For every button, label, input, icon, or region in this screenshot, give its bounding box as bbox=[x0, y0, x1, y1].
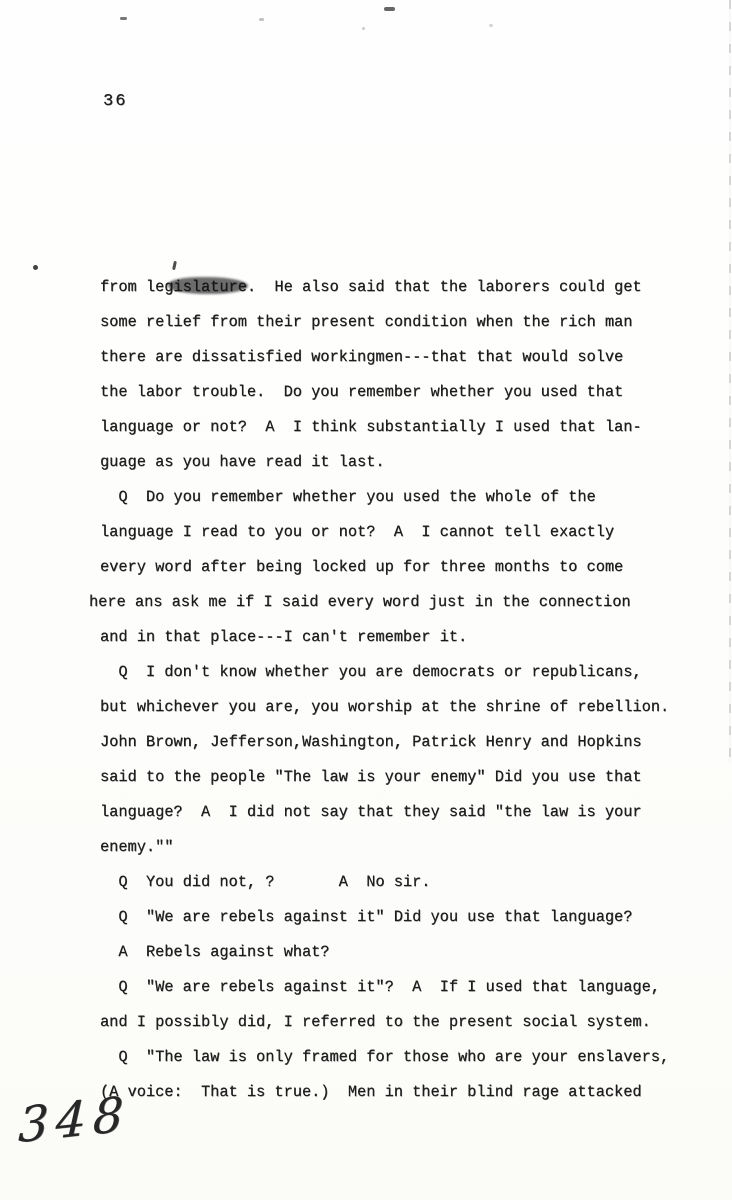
text-line: language or not? A I think substantially… bbox=[100, 410, 700, 445]
scan-edge-line bbox=[729, 0, 731, 762]
text-line: language I read to you or not? A I canno… bbox=[100, 515, 700, 550]
scan-artifact-speck bbox=[120, 17, 127, 20]
text-line: and I possibly did, I referred to the pr… bbox=[100, 1005, 700, 1040]
ink-dot-artifact bbox=[33, 265, 38, 270]
text-line: but whichever you are, you worship at th… bbox=[100, 690, 700, 725]
text-line: there are dissatisfied workingmen---that… bbox=[100, 340, 700, 375]
text-line: Q Do you remember whether you used the w… bbox=[100, 480, 700, 515]
text-line: enemy."" bbox=[100, 830, 700, 865]
text-line: guage as you have read it last. bbox=[100, 445, 700, 480]
handwritten-page-number: 348 bbox=[17, 1086, 131, 1154]
text-line: Q "The law is only framed for those who … bbox=[100, 1040, 700, 1075]
text-line: every word after being locked up for thr… bbox=[100, 550, 700, 585]
text-line: Q You did not, ? A No sir. bbox=[100, 865, 700, 900]
text-line: Q "We are rebels against it"? A If I use… bbox=[100, 970, 700, 1005]
text-line: language? A I did not say that they said… bbox=[100, 795, 700, 830]
text-line: and in that place---I can't remember it. bbox=[100, 620, 700, 655]
text-line: Q "We are rebels against it" Did you use… bbox=[100, 900, 700, 935]
text-line: here ans ask me if I said every word jus… bbox=[89, 585, 700, 620]
text-line: the labor trouble. Do you remember wheth… bbox=[100, 375, 700, 410]
ink-smudge-overstrike bbox=[168, 277, 248, 294]
typewritten-text-block: from legislature. He also said that the … bbox=[100, 270, 700, 1110]
ink-tick-artifact bbox=[172, 261, 177, 270]
text-line: Q I don't know whether you are democrats… bbox=[100, 655, 700, 690]
text-line: A Rebels against what? bbox=[100, 935, 700, 970]
text-line: John Brown, Jefferson,Washington, Patric… bbox=[100, 725, 700, 760]
text-line: said to the people "The law is your enem… bbox=[100, 760, 700, 795]
scan-artifact-speck bbox=[259, 18, 264, 21]
scanned-page: 36 from legislature. He also said that t… bbox=[0, 0, 732, 1200]
scan-artifact-speck bbox=[384, 7, 395, 11]
text-line: (A voice: That is true.) Men in their bl… bbox=[100, 1075, 700, 1110]
scan-artifact-speck bbox=[489, 24, 493, 27]
text-line: some relief from their present condition… bbox=[100, 305, 700, 340]
scan-artifact-speck bbox=[362, 27, 365, 30]
page-number: 36 bbox=[103, 92, 127, 111]
